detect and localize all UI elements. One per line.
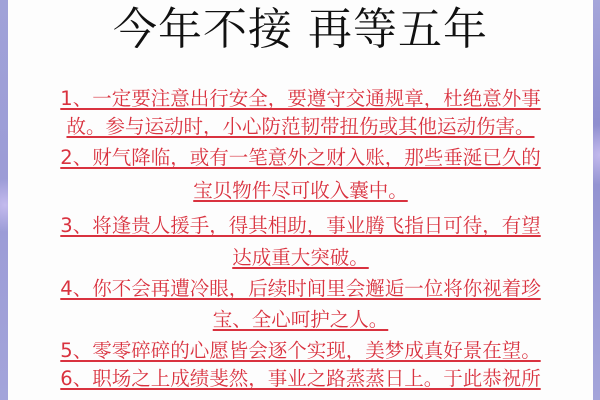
text-line: 宝贝物件尽可收入囊中。 — [8, 178, 593, 204]
text-line: 1、一定要注意出行安全，要遵守交通规章，杜绝意外事 — [8, 86, 593, 112]
text-line: 宝、全心呵护之人。 — [8, 307, 593, 333]
text-line: 达成重大突破。 — [8, 245, 593, 271]
right-frame-border — [593, 0, 600, 400]
page-title: 今年不接 再等五年 — [8, 4, 593, 56]
text-line: 4、你不会再遭冷眼，后续时间里会邂逅一位将你视着珍 — [8, 276, 593, 302]
text-line: 2、财气降临，或有一笔意外之财入账，那些垂涎已久的 — [8, 145, 593, 171]
content-panel: 今年不接 再等五年 1、一定要注意出行安全，要遵守交通规章，杜绝意外事 故。参与… — [8, 0, 593, 400]
text-line: 6、职场之上成绩斐然，事业之路蒸蒸日上。于此恭祝所 — [8, 366, 593, 392]
text-line: 5、零零碎碎的心愿皆会逐个实现，美梦成真好景在望。 — [8, 338, 593, 364]
text-line: 故。参与运动时，小心防范韧带扭伤或其他运动伤害。 — [8, 114, 593, 140]
text-line: 3、将逢贵人援手，得其相助，事业腾飞指日可待，有望 — [8, 213, 593, 239]
